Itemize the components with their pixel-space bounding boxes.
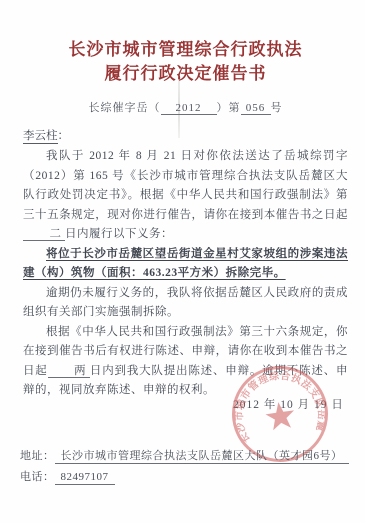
paragraph-enforcement-warning: 逾期仍未履行义务的，我队将依据岳麓区人民政府的责成组织有关部门实施强制拆除。	[23, 284, 348, 323]
docno-mid: ）第	[217, 102, 241, 114]
document-title-line2: 履行行政决定催告书	[23, 62, 348, 86]
docno-prefix: 长综催字岳（	[89, 102, 161, 114]
document-title: 长沙市城市管理综合行政执法 履行行政决定催告书	[23, 38, 348, 86]
docno-suffix: 号	[271, 102, 283, 114]
document-footer: 地址：长沙市城市管理综合执法支队岳麓区大队（英才园6号） 电话：82497107	[20, 447, 353, 489]
address-value: 长沙市城市管理综合执法支队岳麓区大队（英才园6号）	[55, 450, 349, 464]
address-line: 地址：长沙市城市管理综合执法支队岳麓区大队（英才园6号）	[20, 447, 353, 463]
recipient-name: 李云柱	[23, 130, 58, 144]
obligation-statement: 将位于长沙市岳麓区望岳街道金星村艾家坡组的涉案违法建（构）筑物（面积：463.2…	[23, 245, 348, 284]
document-number-line: 长综催字岳（2012）第056号	[23, 99, 348, 115]
recipient-colon: ：	[58, 130, 70, 142]
document-content: 长沙市城市管理综合行政执法 履行行政决定催告书 长综催字岳（2012）第056号…	[23, 38, 348, 401]
docno-serial-blank: 056	[241, 102, 271, 115]
deadline-days-blank: 二	[23, 228, 65, 241]
issue-date: 2012 年 10 月 19 日	[233, 396, 344, 412]
document-title-line1: 长沙市城市管理综合行政执法	[23, 38, 348, 62]
paragraph-notice-text-a: 我队于 2012 年 8 月 21 日对你依法送达了岳城综罚字（2012）第 1…	[23, 150, 348, 221]
phone-line: 电话：82497107	[20, 468, 353, 484]
docno-year-blank: 2012	[161, 102, 217, 115]
scanned-document-page: 长沙市城市管理综合行政执法 履行行政决定催告书 长综催字岳（2012）第056号…	[0, 0, 365, 523]
address-label: 地址：	[20, 450, 55, 462]
paragraph-statement-rights: 根据《中华人民共和国行政强制法》第三十六条规定，你在接到催告书后有权进行陈述、申…	[23, 323, 348, 401]
statement-days-blank: 两	[48, 365, 90, 378]
paragraph-notice-text-b: 日内履行以下义务：	[65, 228, 173, 240]
phone-value: 82497107	[55, 471, 115, 485]
recipient-line: 李云柱：	[23, 127, 348, 143]
paragraph-notice: 我队于 2012 年 8 月 21 日对你依法送达了岳城综罚字（2012）第 1…	[23, 147, 348, 245]
phone-label: 电话：	[20, 471, 55, 483]
